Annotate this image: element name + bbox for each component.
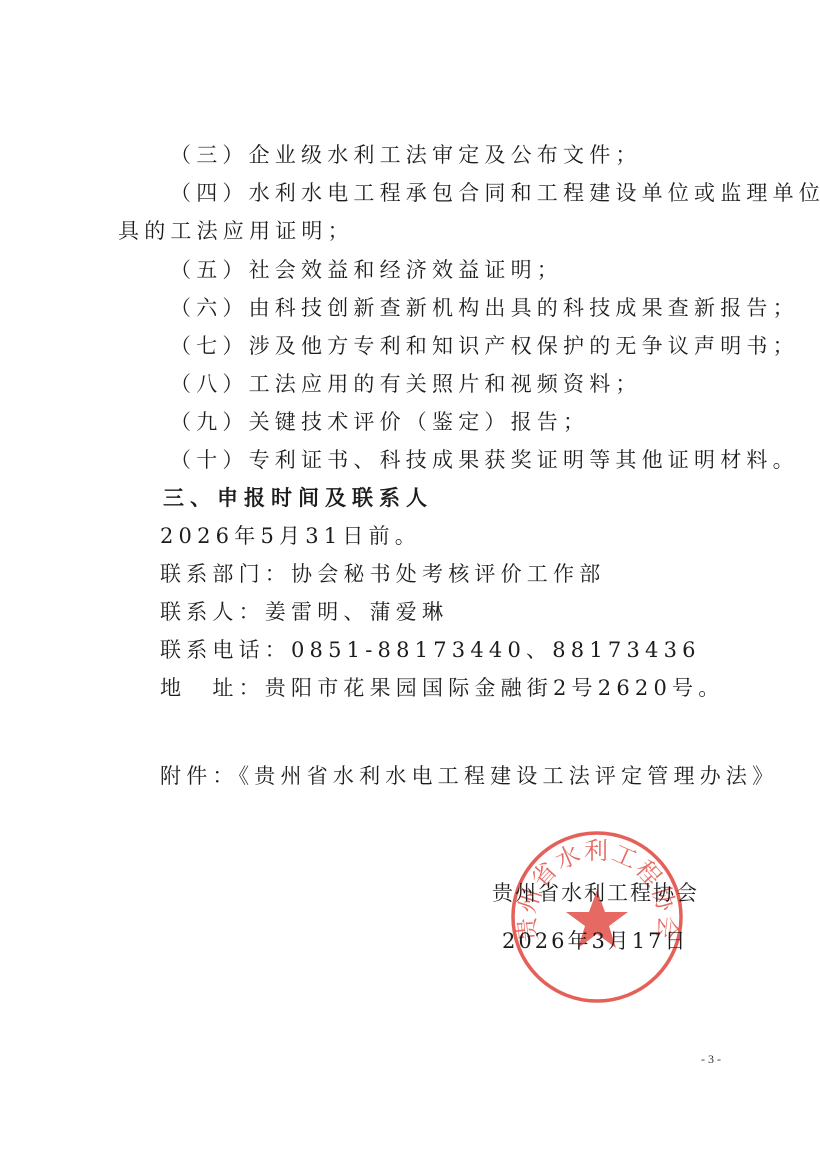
item-8: （八）工法应用的有关照片和视频资料； xyxy=(170,371,642,397)
section-heading: 三、申报时间及联系人 xyxy=(163,485,433,511)
contact-address: 地 址：贵阳市花果园国际金融街2号2620号。 xyxy=(160,675,724,701)
signature-org: 贵州省水利工程协会 xyxy=(492,880,699,906)
page-number: - 3 - xyxy=(701,1052,721,1067)
attachment: 附件：《贵州省水利水电工程建设工法评定管理办法》 xyxy=(160,763,778,789)
item-4-cont: 具的工法应用证明； xyxy=(118,218,354,244)
item-9: （九）关键技术评价（鉴定）报告； xyxy=(170,409,589,435)
signature-date: 2026年3月17日 xyxy=(502,928,689,954)
item-4: （四）水利水电工程承包合同和工程建设单位或监理单位出 xyxy=(170,180,820,206)
contact-phone: 联系电话：0851-88173440、88173436 xyxy=(160,637,701,663)
contact-department: 联系部门：协会秘书处考核评价工作部 xyxy=(160,561,605,587)
item-7: （七）涉及他方专利和知识产权保护的无争议声明书； xyxy=(170,333,799,359)
item-3: （三）企业级水利工法审定及公布文件； xyxy=(170,142,642,168)
official-seal-icon: 贵州省水利工程协会 xyxy=(508,828,686,1006)
document-page: （三）企业级水利工法审定及公布文件； （四）水利水电工程承包合同和工程建设单位或… xyxy=(0,0,820,1160)
item-10: （十）专利证书、科技成果获奖证明等其他证明材料。 xyxy=(170,447,799,473)
item-6: （六）由科技创新查新机构出具的科技成果查新报告； xyxy=(170,295,799,321)
deadline: 2026年5月31日前。 xyxy=(160,523,421,549)
item-5: （五）社会效益和经济效益证明； xyxy=(170,257,563,283)
contact-persons: 联系人：姜雷明、蒲爱琳 xyxy=(160,599,448,625)
